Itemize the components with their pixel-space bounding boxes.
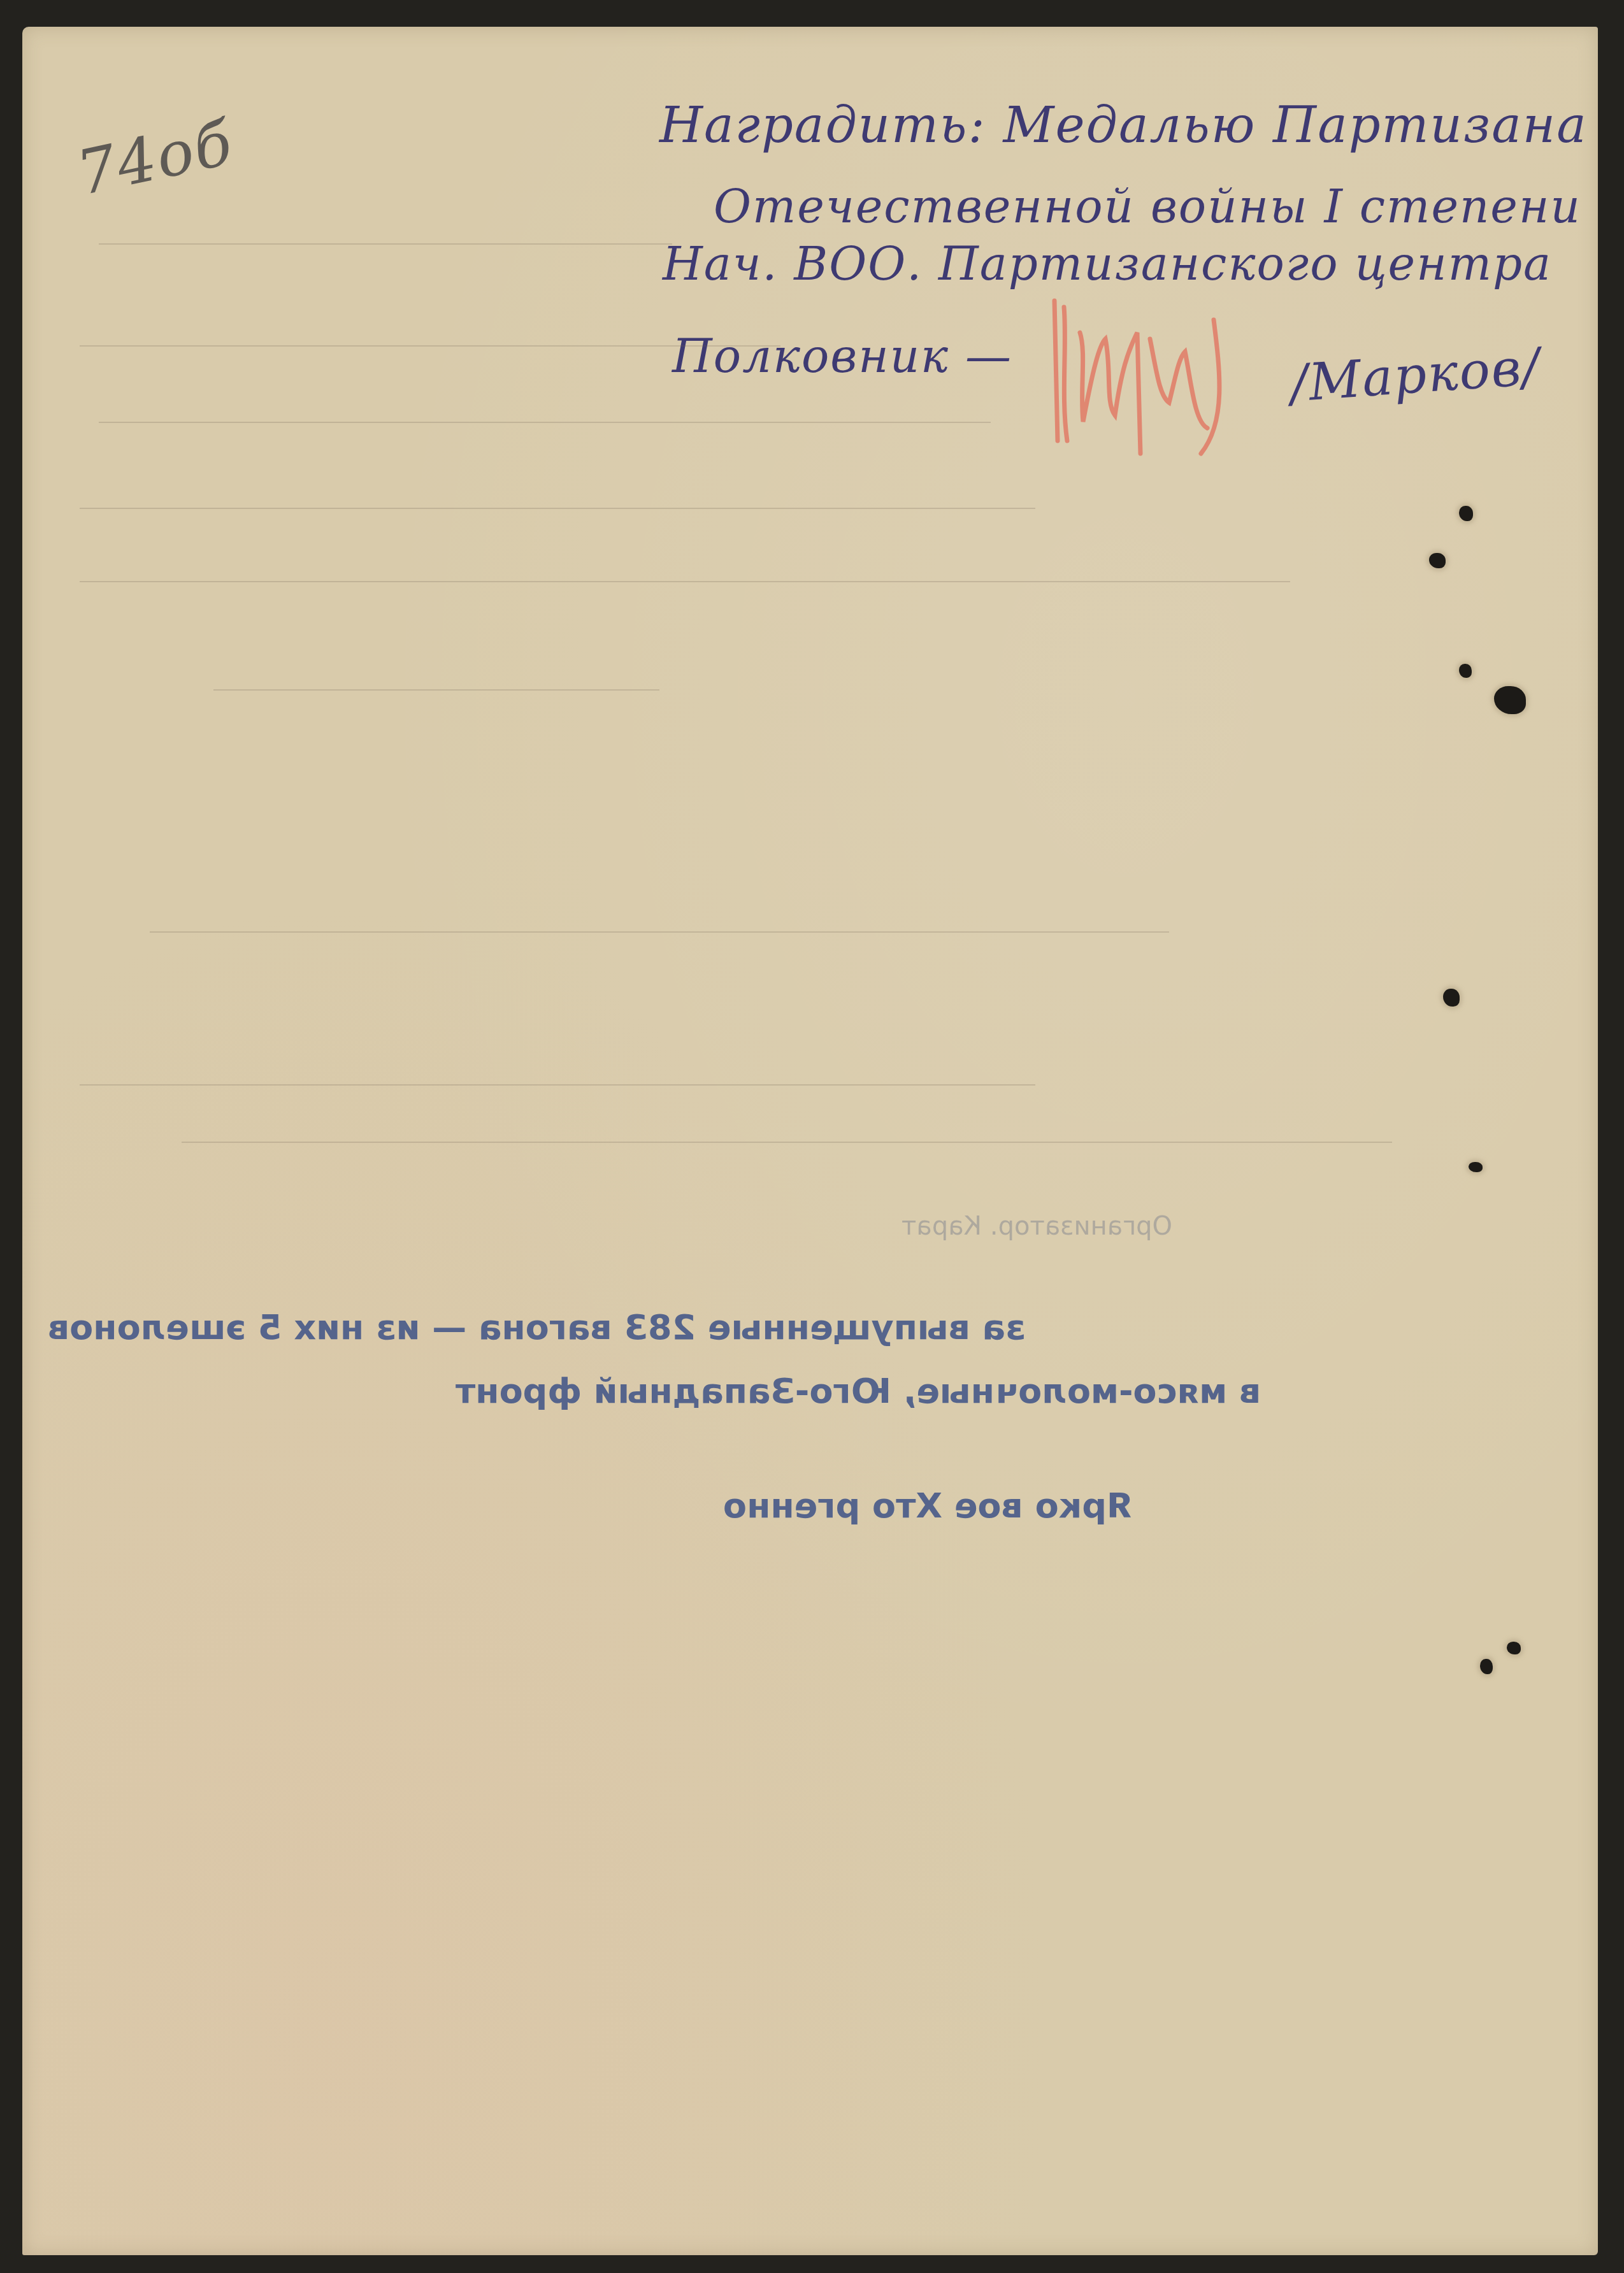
page-number: 74об xyxy=(71,107,239,210)
resolution-signer-name: /Марков/ xyxy=(1288,336,1542,413)
form-line xyxy=(99,422,991,423)
red-pencil-signature xyxy=(1042,294,1252,460)
form-line xyxy=(99,243,672,245)
resolution-rank: Полковник — xyxy=(672,329,1012,383)
form-line xyxy=(213,689,659,691)
form-line xyxy=(80,508,1035,509)
binding-hole xyxy=(1507,1642,1521,1654)
form-line xyxy=(80,1084,1035,1086)
binding-hole xyxy=(1459,664,1472,678)
bleed-through-text: в мясо-молочные, Юго-Западный фронт xyxy=(456,1371,1261,1411)
form-line xyxy=(182,1142,1392,1143)
bleed-through-text: Организатор. Карат xyxy=(902,1212,1172,1241)
binding-hole xyxy=(1443,989,1460,1007)
form-line xyxy=(150,931,1169,933)
resolution-position-line: Нач. ВОО. Партизанского центра xyxy=(663,237,1552,290)
form-line xyxy=(80,345,780,347)
resolution-medal-degree-line: Отечественной войны I степени xyxy=(714,180,1581,233)
binding-hole xyxy=(1480,1659,1493,1674)
binding-hole xyxy=(1469,1162,1483,1172)
document-page: 74об Наградить: Медалью Партизана Отечес… xyxy=(22,27,1598,2255)
form-line xyxy=(80,581,1290,582)
binding-hole xyxy=(1494,686,1526,714)
bleed-through-text: Ярко вое Хто ргенно xyxy=(723,1486,1133,1526)
resolution-award-line: Наградить: Медалью Партизана xyxy=(659,97,1588,154)
binding-hole xyxy=(1429,553,1446,568)
binding-hole xyxy=(1459,506,1473,521)
bleed-through-text: за выпущенные 283 вагона — из них 5 эшел… xyxy=(48,1307,1026,1347)
